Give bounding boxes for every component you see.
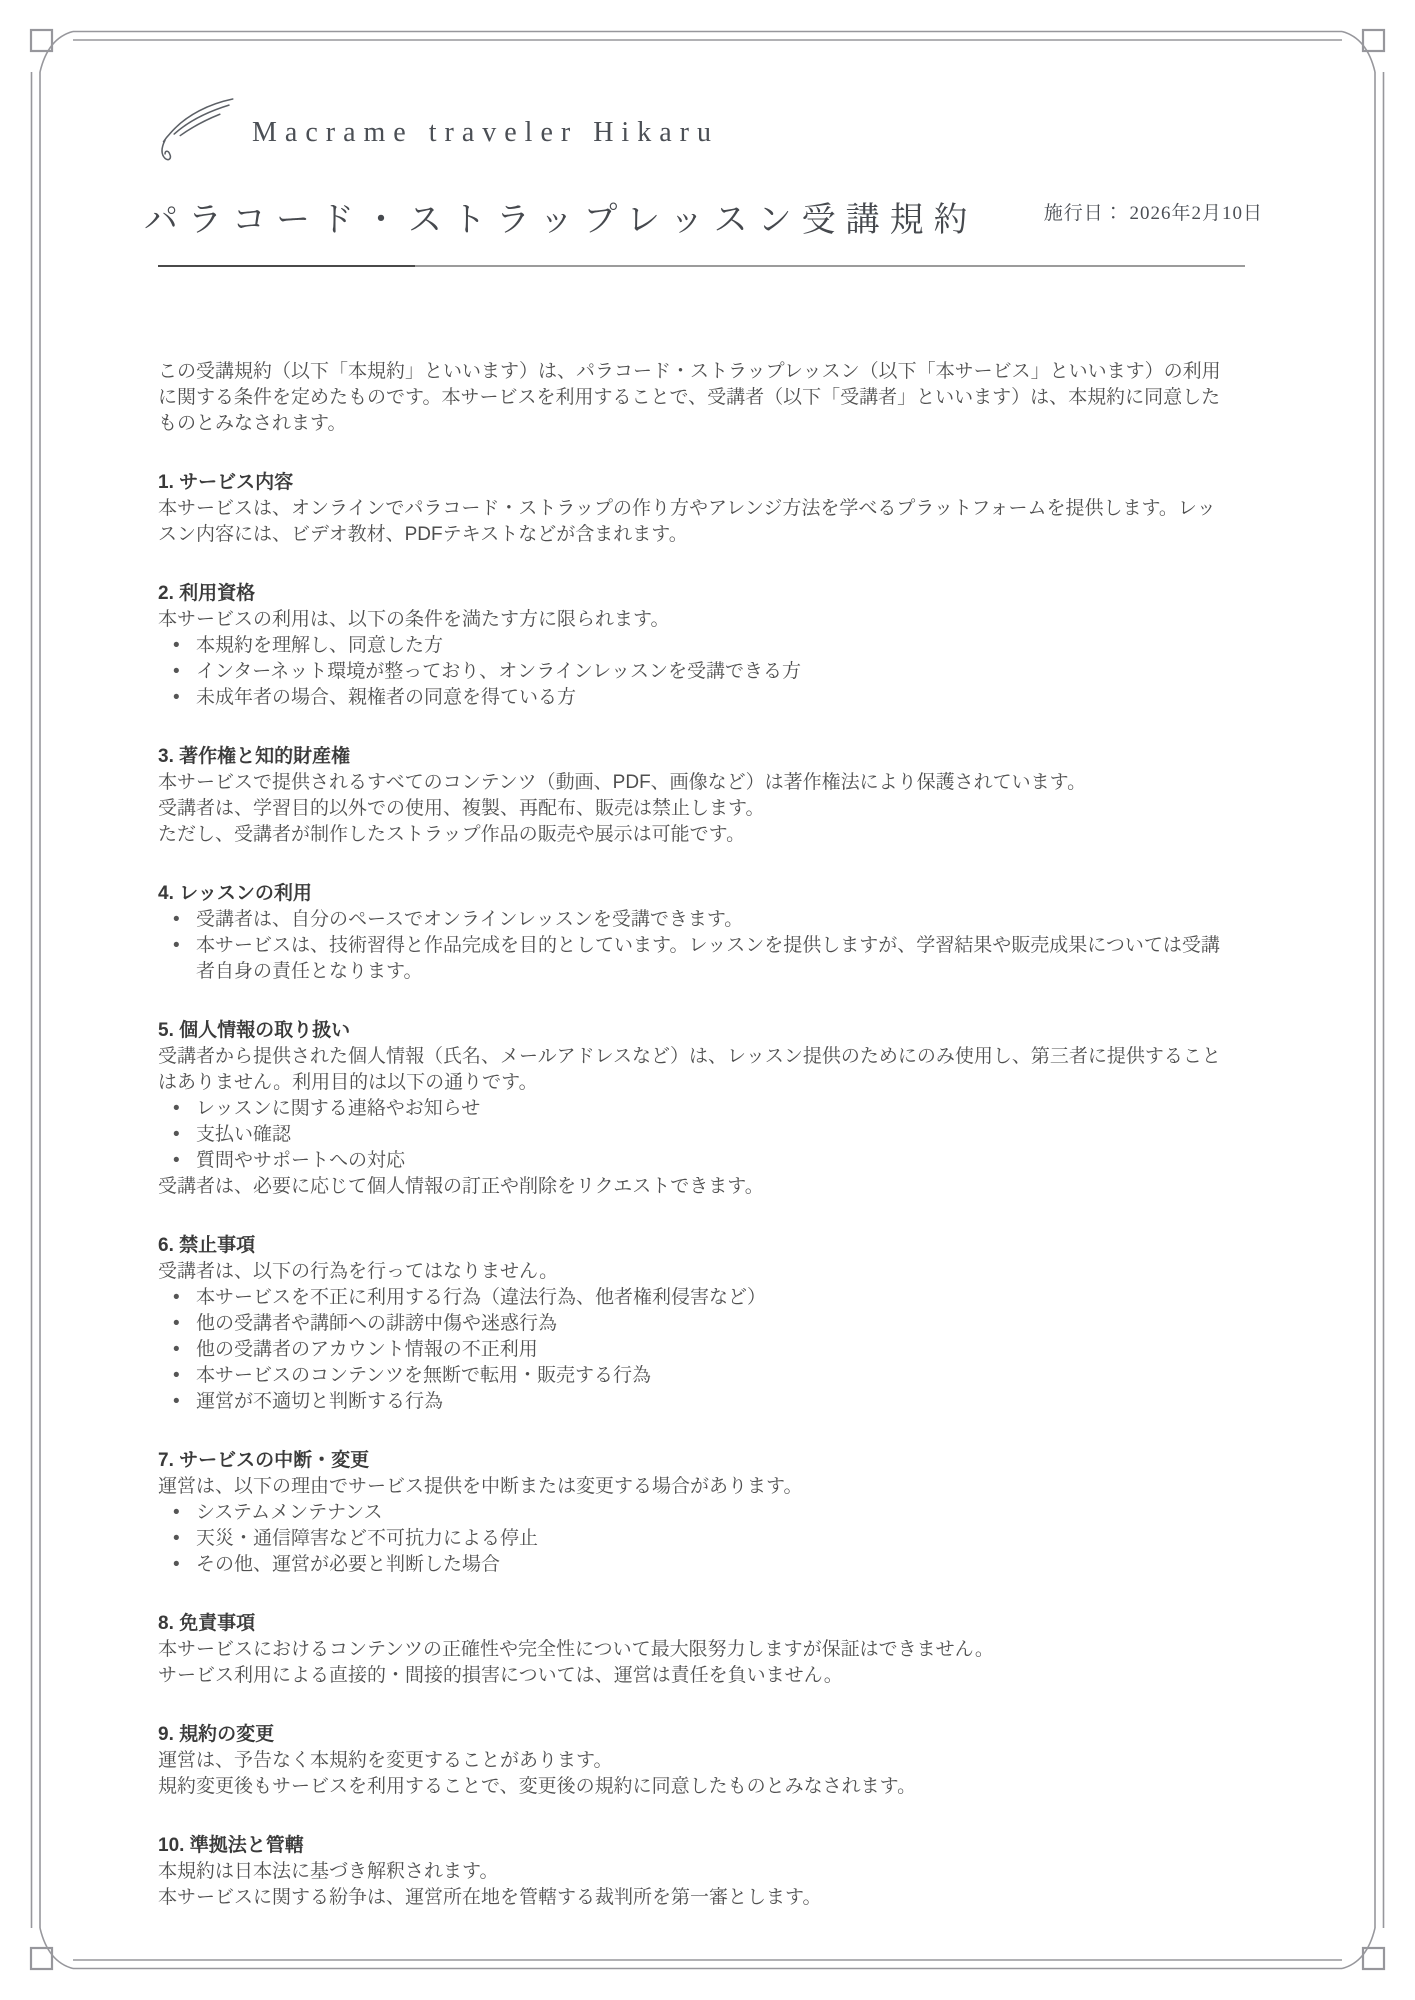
text-line: 本サービスのコンテンツを無断で転用・販売する行為 <box>196 1365 651 1386</box>
text-line: 運営は、以下の理由でサービス提供を中断または変更する場合があります。 <box>158 1474 1263 1500</box>
text-line: この受講規約（以下「本規約」といいます）は、パラコード・ストラップレッスン（以下… <box>158 359 1263 385</box>
section-9-changes: 9. 規約の変更 運営は、予告なく本規約を変更することがあります。 規約変更後も… <box>158 1722 1263 1800</box>
list-item: 本規約を理解し、同意した方 <box>158 633 1263 659</box>
section-heading: 5. 個人情報の取り扱い <box>158 1018 1263 1044</box>
text-line: 受講者は、学習目的以外での使用、複製、再配布、販売は禁止します。 <box>158 796 1263 822</box>
bullet-list: システムメンテナンス 天災・通信障害など不可抗力による停止 その他、運営が必要と… <box>158 1500 1263 1578</box>
text-line: ただし、受講者が制作したストラップ作品の販売や展示は可能です。 <box>158 822 1263 848</box>
intro-paragraph: この受講規約（以下「本規約」といいます）は、パラコード・ストラップレッスン（以下… <box>158 359 1263 437</box>
text-line: レッスンに関する連絡やお知らせ <box>196 1098 480 1119</box>
section-heading: 8. 免責事項 <box>158 1611 1263 1637</box>
text-line: 他の受講者や講師への誹謗中傷や迷惑行為 <box>196 1313 557 1334</box>
list-item: 本サービスのコンテンツを無断で転用・販売する行為 <box>158 1363 1263 1389</box>
text-line: ものとみなされます。 <box>158 411 1263 437</box>
document-header: Macrame traveler Hikaru パラコード・ストラップレッスン受… <box>158 100 1263 267</box>
feather-logo-icon <box>158 96 236 166</box>
list-item: 運営が不適切と判断する行為 <box>158 1389 1263 1415</box>
list-item: 他の受講者のアカウント情報の不正利用 <box>158 1337 1263 1363</box>
text-line: 本サービスは、技術習得と作品完成を目的としています。レッスンを提供しますが、学習… <box>196 933 1263 959</box>
section-1-service: 1. サービス内容 本サービスは、オンラインでパラコード・ストラップの作り方やア… <box>158 470 1263 548</box>
list-item: 支払い確認 <box>158 1122 1263 1148</box>
text-line: 他の受講者のアカウント情報の不正利用 <box>196 1339 538 1360</box>
document-page: Macrame traveler Hikaru パラコード・ストラップレッスン受… <box>0 0 1415 2000</box>
section-heading: 1. サービス内容 <box>158 470 1263 496</box>
text-line: 支払い確認 <box>196 1124 291 1145</box>
page-title: パラコード・ストラップレッスン受講規約 <box>144 192 978 241</box>
text-line: 本サービスを不正に利用する行為（違法行為、他者権利侵害など） <box>196 1287 766 1308</box>
brand-name: Macrame traveler Hikaru <box>252 117 719 149</box>
section-6-prohibited: 6. 禁止事項 受講者は、以下の行為を行ってはなりません。 本サービスを不正に利… <box>158 1233 1263 1415</box>
list-item: 他の受講者や講師への誹謗中傷や迷惑行為 <box>158 1311 1263 1337</box>
list-item: 天災・通信障害など不可抗力による停止 <box>158 1526 1263 1552</box>
text-line: その他、運営が必要と判断した場合 <box>196 1554 500 1575</box>
text-line: 本サービスの利用は、以下の条件を満たす方に限られます。 <box>158 607 1263 633</box>
section-2-eligibility: 2. 利用資格 本サービスの利用は、以下の条件を満たす方に限られます。 本規約を… <box>158 581 1263 711</box>
list-item: 受講者は、自分のペースでオンラインレッスンを受講できます。 <box>158 907 1263 933</box>
text-line: に関する条件を定めたものです。本サービスを利用することで、受講者（以下「受講者」… <box>158 385 1263 411</box>
section-heading: 9. 規約の変更 <box>158 1722 1263 1748</box>
list-item: 質問やサポートへの対応 <box>158 1148 1263 1174</box>
effective-date-value: 2026年2月10日 <box>1129 203 1263 224</box>
text-line: 運営が不適切と判断する行為 <box>196 1391 443 1412</box>
text-line: サービス利用による直接的・間接的損害については、運営は責任を負いません。 <box>158 1663 1263 1689</box>
text-line: 本サービスで提供されるすべてのコンテンツ（動画、PDF、画像など）は著作権法によ… <box>158 770 1263 796</box>
text-line: 受講者は、必要に応じて個人情報の訂正や削除をリクエストできます。 <box>158 1174 1263 1200</box>
text-line: 本規約は日本法に基づき解釈されます。 <box>158 1859 1263 1885</box>
text-line: 規約変更後もサービスを利用することで、変更後の規約に同意したものとみなされます。 <box>158 1774 1263 1800</box>
bullet-list: 本サービスを不正に利用する行為（違法行為、他者権利侵害など） 他の受講者や講師へ… <box>158 1285 1263 1415</box>
text-line: スン内容には、ビデオ教材、PDFテキストなどが含まれます。 <box>158 522 1263 548</box>
text-line: はありません。利用目的は以下の通りです。 <box>158 1070 1263 1096</box>
section-heading: 2. 利用資格 <box>158 581 1263 607</box>
bullet-list: 本規約を理解し、同意した方 インターネット環境が整っており、オンラインレッスンを… <box>158 633 1263 711</box>
text-line: 者自身の責任となります。 <box>196 959 1263 985</box>
brand: Macrame traveler Hikaru <box>158 100 1263 166</box>
section-3-copyright: 3. 著作権と知的財産権 本サービスで提供されるすべてのコンテンツ（動画、PDF… <box>158 744 1263 848</box>
text-line: 本規約を理解し、同意した方 <box>196 635 443 656</box>
title-row: パラコード・ストラップレッスン受講規約 施行日： 2026年2月10日 <box>158 192 1263 241</box>
text-line: 本サービスにおけるコンテンツの正確性や完全性について最大限努力しますが保証はでき… <box>158 1637 1263 1663</box>
text-line: 天災・通信障害など不可抗力による停止 <box>196 1528 538 1549</box>
text-line: 未成年者の場合、親権者の同意を得ている方 <box>196 687 576 708</box>
bullet-list: レッスンに関する連絡やお知らせ 支払い確認 質問やサポートへの対応 <box>158 1096 1263 1174</box>
section-7-interruption: 7. サービスの中断・変更 運営は、以下の理由でサービス提供を中断または変更する… <box>158 1448 1263 1578</box>
list-item: 本サービスは、技術習得と作品完成を目的としています。レッスンを提供しますが、学習… <box>158 933 1263 985</box>
section-heading: 3. 著作権と知的財産権 <box>158 744 1263 770</box>
section-8-disclaimer: 8. 免責事項 本サービスにおけるコンテンツの正確性や完全性について最大限努力し… <box>158 1611 1263 1689</box>
text-line: 運営は、予告なく本規約を変更することがあります。 <box>158 1748 1263 1774</box>
list-item: インターネット環境が整っており、オンラインレッスンを受講できる方 <box>158 659 1263 685</box>
section-heading: 10. 準拠法と管轄 <box>158 1833 1263 1859</box>
divider-rule <box>158 265 1245 267</box>
section-10-governing-law: 10. 準拠法と管轄 本規約は日本法に基づき解釈されます。 本サービスに関する紛… <box>158 1833 1263 1911</box>
bullet-list: 受講者は、自分のペースでオンラインレッスンを受講できます。 本サービスは、技術習… <box>158 907 1263 985</box>
text-line: 本サービスは、オンラインでパラコード・ストラップの作り方やアレンジ方法を学べるプ… <box>158 496 1263 522</box>
text-line: 受講者は、自分のペースでオンラインレッスンを受講できます。 <box>196 909 743 930</box>
section-heading: 6. 禁止事項 <box>158 1233 1263 1259</box>
list-item: システムメンテナンス <box>158 1500 1263 1526</box>
section-heading: 4. レッスンの利用 <box>158 881 1263 907</box>
text-line: 受講者から提供された個人情報（氏名、メールアドレスなど）は、レッスン提供のために… <box>158 1044 1263 1070</box>
section-heading: 7. サービスの中断・変更 <box>158 1448 1263 1474</box>
text-line: システムメンテナンス <box>196 1502 383 1523</box>
effective-date: 施行日： 2026年2月10日 <box>1044 198 1263 225</box>
effective-date-label: 施行日： <box>1044 203 1124 224</box>
list-item: 本サービスを不正に利用する行為（違法行為、他者権利侵害など） <box>158 1285 1263 1311</box>
text-line: インターネット環境が整っており、オンラインレッスンを受講できる方 <box>196 661 801 682</box>
text-line: 本サービスに関する紛争は、運営所在地を管轄する裁判所を第一審とします。 <box>158 1885 1263 1911</box>
section-5-personal-info: 5. 個人情報の取り扱い 受講者から提供された個人情報（氏名、メールアドレスなど… <box>158 1018 1263 1200</box>
list-item: レッスンに関する連絡やお知らせ <box>158 1096 1263 1122</box>
terms-body: この受講規約（以下「本規約」といいます）は、パラコード・ストラップレッスン（以下… <box>158 359 1263 1911</box>
list-item: 未成年者の場合、親権者の同意を得ている方 <box>158 685 1263 711</box>
text-line: 受講者は、以下の行為を行ってはなりません。 <box>158 1259 1263 1285</box>
list-item: その他、運営が必要と判断した場合 <box>158 1552 1263 1578</box>
section-4-lesson-use: 4. レッスンの利用 受講者は、自分のペースでオンラインレッスンを受講できます。… <box>158 881 1263 985</box>
text-line: 質問やサポートへの対応 <box>196 1150 405 1171</box>
